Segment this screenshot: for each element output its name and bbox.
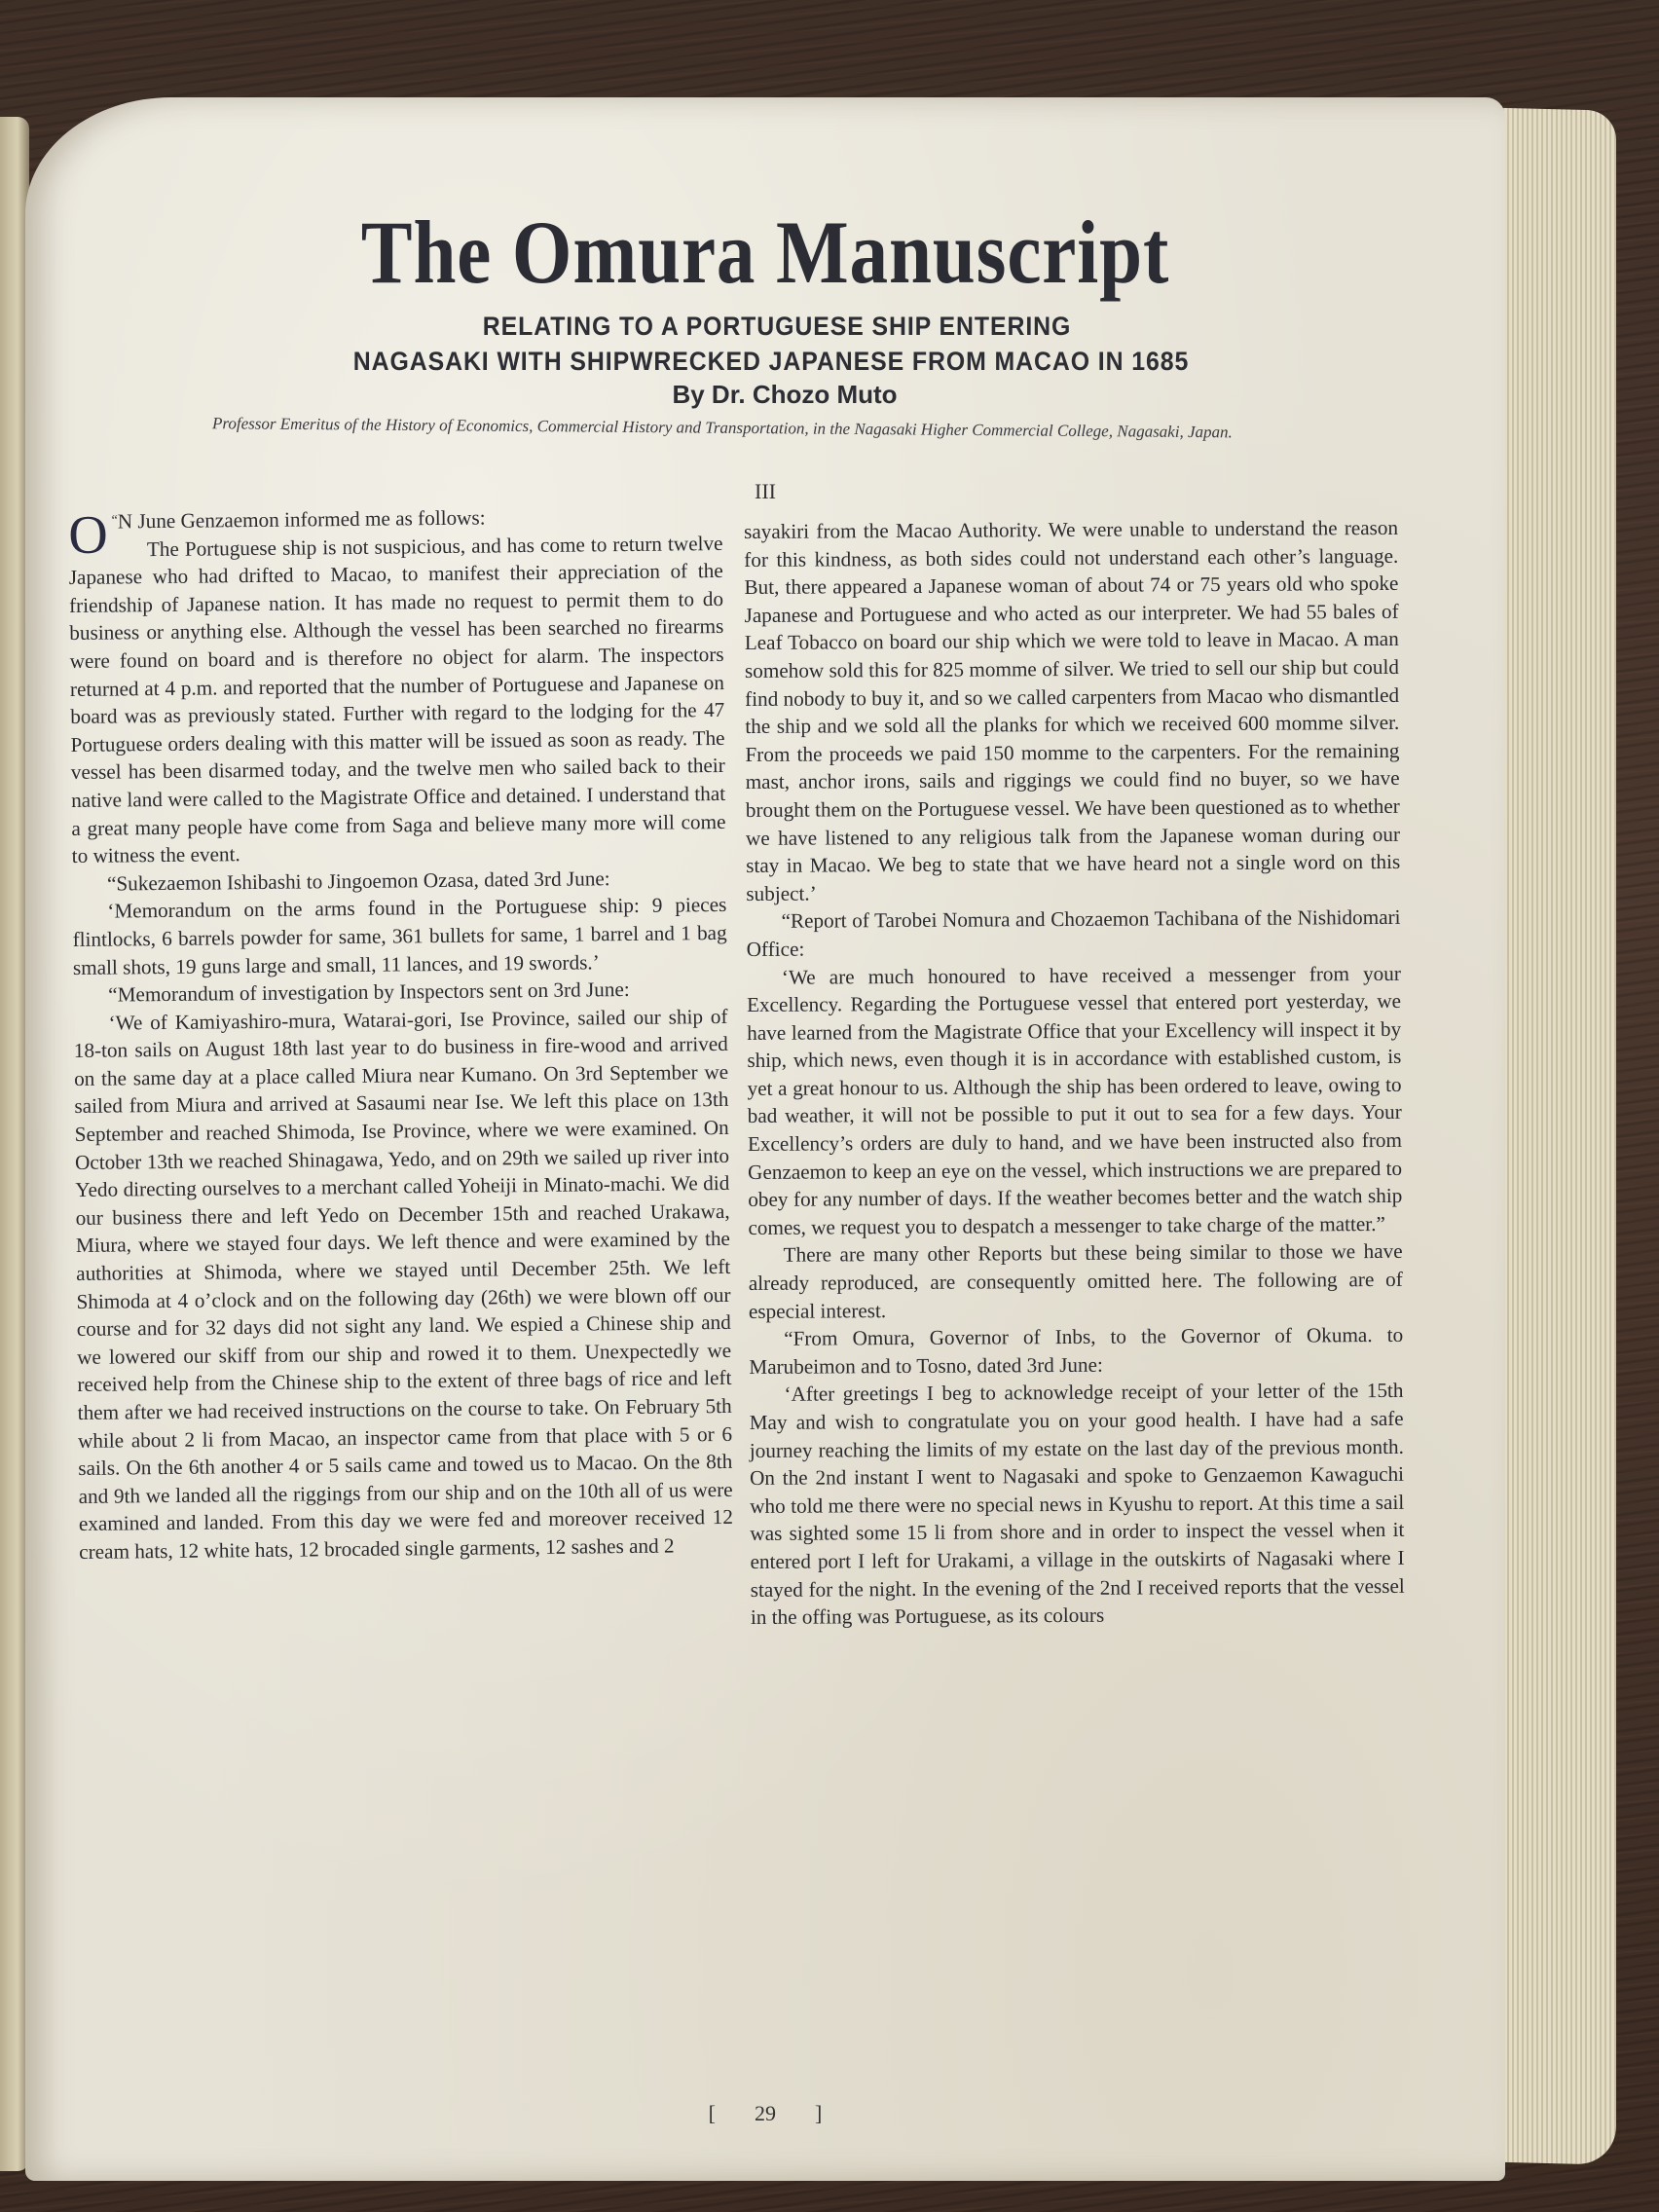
author-byline: By Dr. Chozo Muto — [45, 380, 1525, 410]
book-page: The Omura Manuscript RELATING TO A PORTU… — [25, 97, 1505, 2181]
folio-open-bracket: [ — [709, 2101, 716, 2125]
paragraph: “From Omura, Governor of Inbs, to the Go… — [749, 1321, 1403, 1381]
right-column: sayakiri from the Macao Authority. We we… — [744, 514, 1405, 1632]
page-folio: [29] — [25, 2101, 1505, 2126]
paragraph: ‘We of Kamiyashiro-mura, Watarai-gori, I… — [73, 1003, 733, 1567]
opening-line: N June Genzaemon informed me as follows: — [118, 506, 486, 534]
continued-paragraph: sayakiri from the Macao Authority. We we… — [744, 514, 1400, 907]
folio-close-bracket: ] — [815, 2101, 822, 2125]
page-number: 29 — [755, 2101, 776, 2125]
article-subtitle-line2: NAGASAKI WITH SHIPWRECKED JAPANESE FROM … — [91, 347, 1452, 377]
paragraph: ‘After greetings I beg to acknowledge re… — [749, 1377, 1405, 1631]
paragraph: ‘We are much honoured to have received a… — [747, 959, 1403, 1241]
paragraph: There are many other Reports but these b… — [749, 1237, 1404, 1325]
paragraph: ‘Memorandum on the arms found in the Por… — [72, 891, 727, 981]
paragraph: The Portuguese ship is not suspicious, a… — [68, 530, 726, 870]
section-number: III — [25, 479, 1505, 504]
article-subtitle-line1: RELATING TO A PORTUGUESE SHIP ENTERING — [96, 312, 1457, 342]
drop-cap: O — [68, 514, 108, 557]
author-affiliation: Professor Emeritus of the History of Eco… — [212, 414, 1283, 443]
left-column: “ON June Genzaemon informed me as follow… — [68, 501, 733, 1567]
paragraph: “Report of Tarobei Nomura and Chozaemon … — [746, 903, 1400, 963]
article-title: The Omura Manuscript — [129, 201, 1401, 304]
